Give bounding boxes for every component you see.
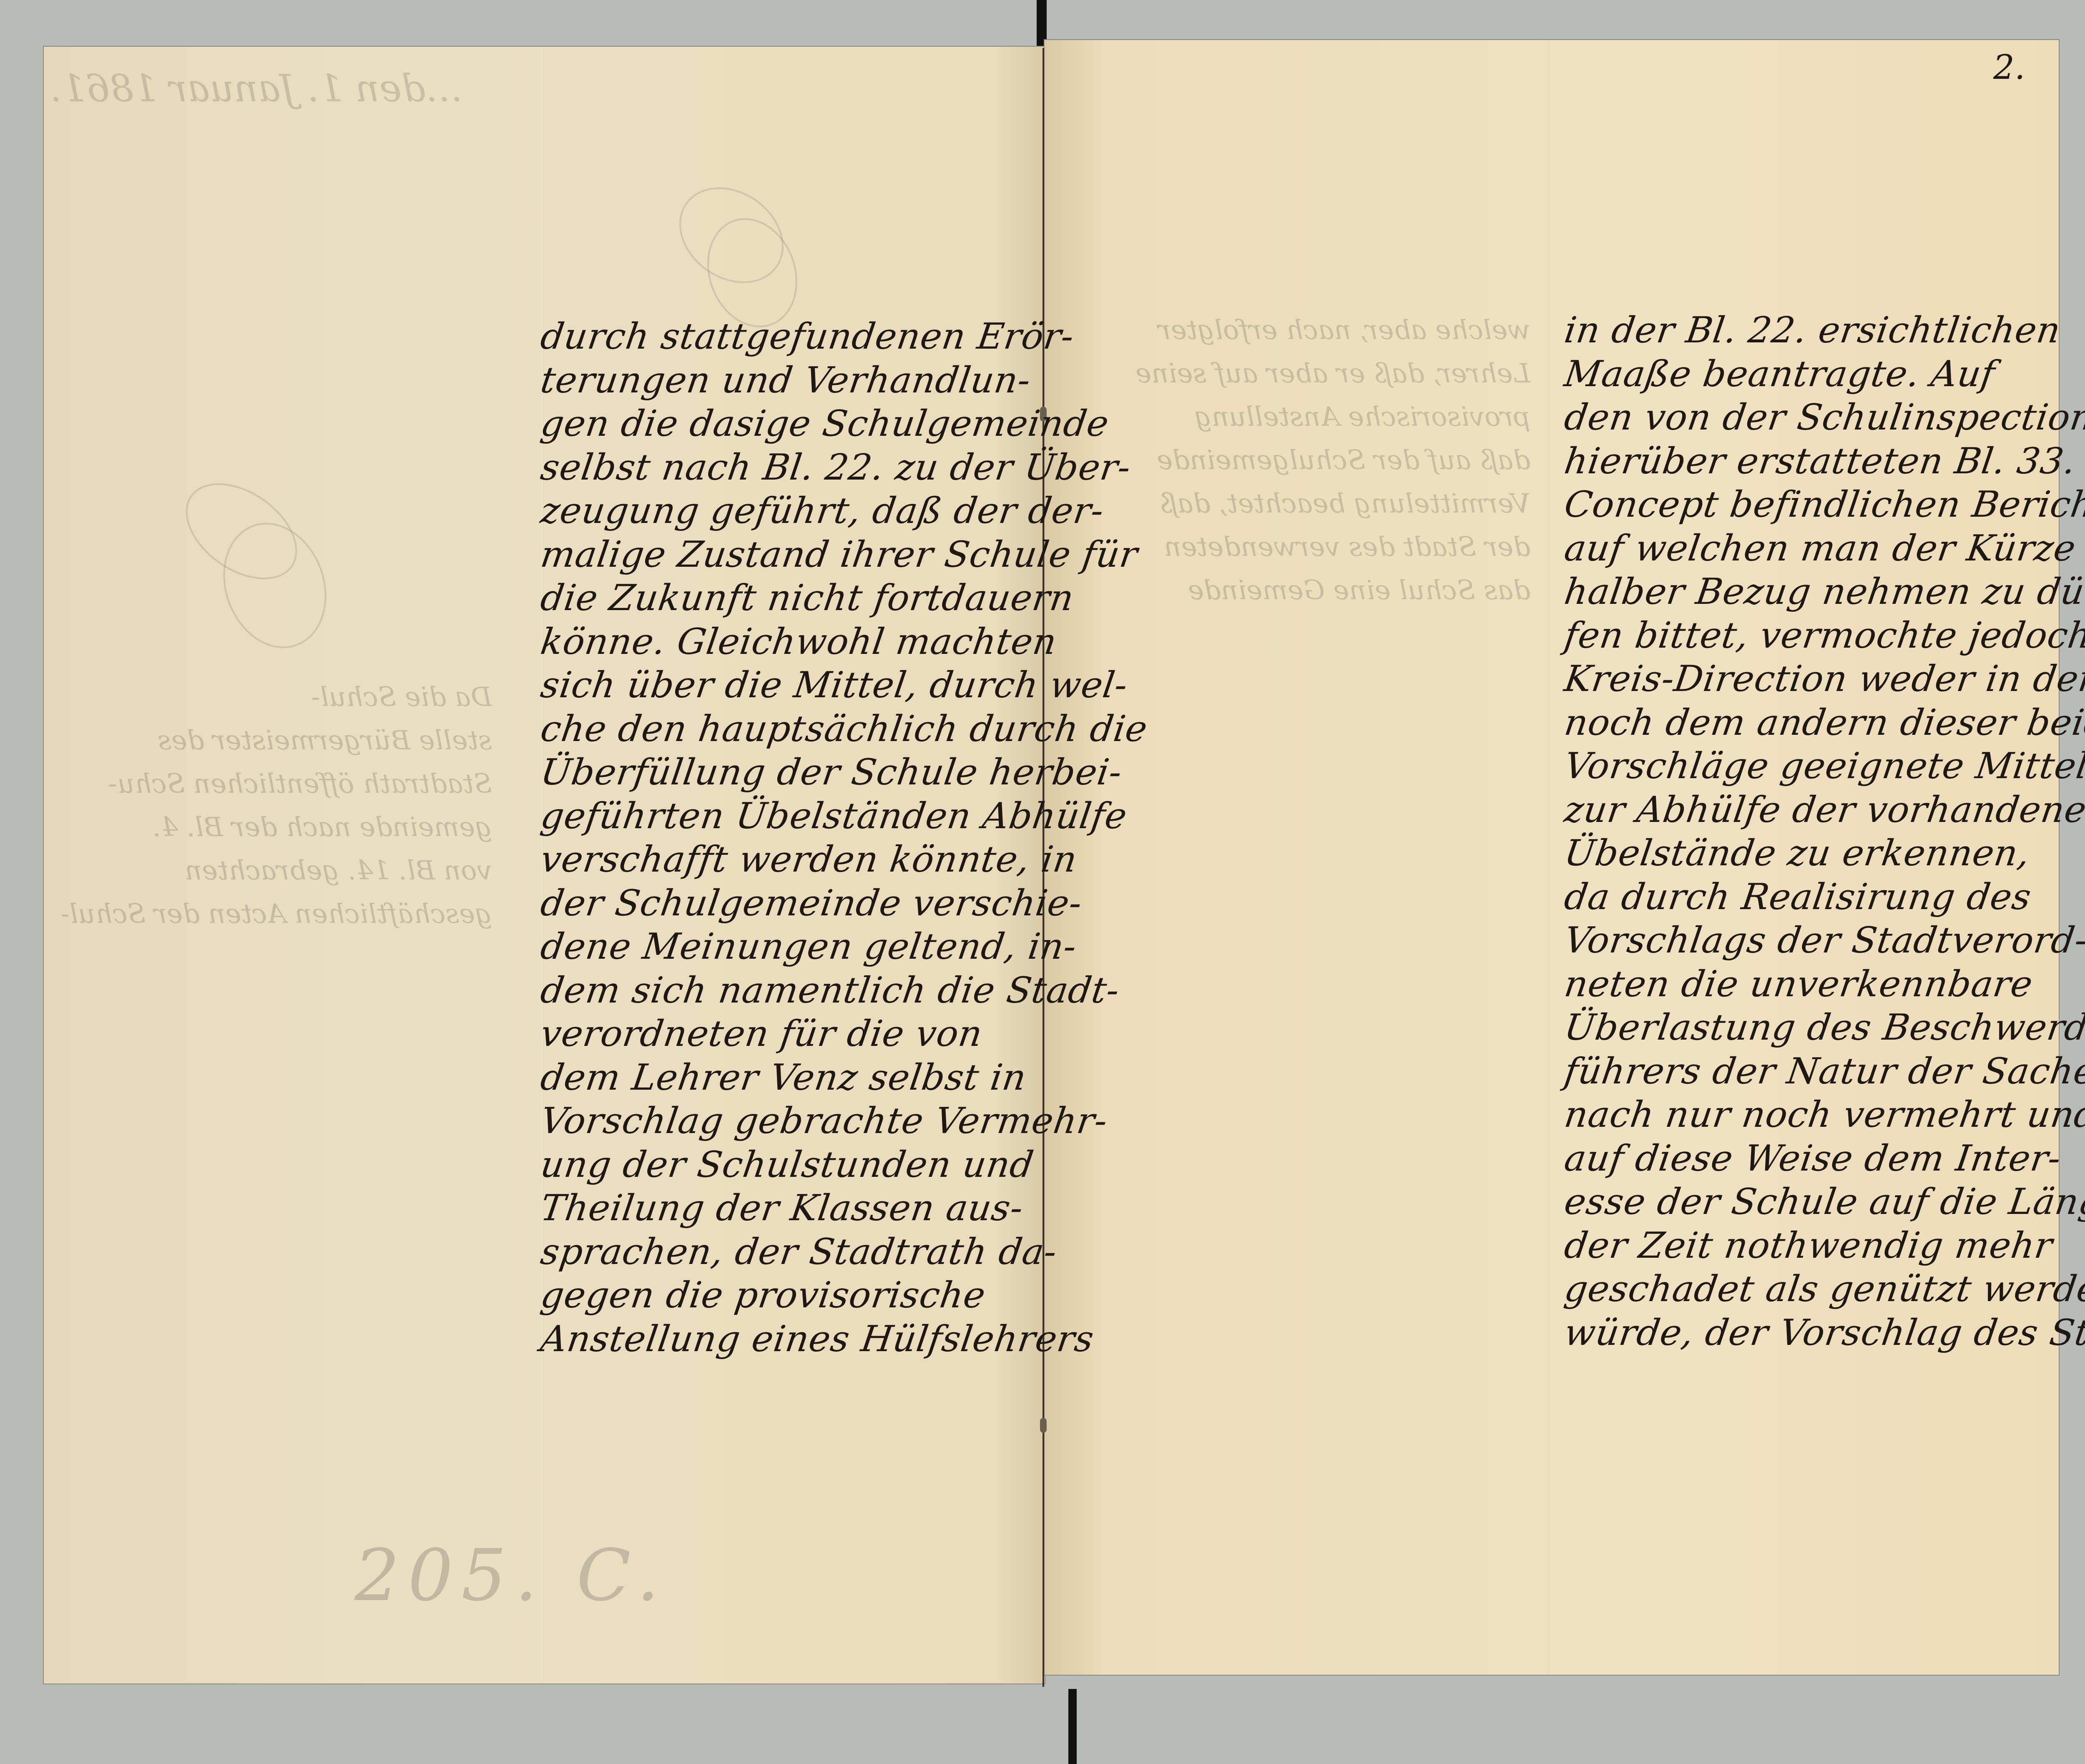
text-line: gen die dasige Schulgemeinde: [538, 402, 1151, 446]
text-line: sich über die Mittel, durch wel-: [538, 663, 1151, 707]
stitch-hole: [1040, 1418, 1047, 1433]
text-line: der Schulgemeinde verschie-: [538, 882, 1151, 925]
binding-strip-bottom: [1068, 1689, 1077, 1764]
text-line: ung der Schulstunden und: [538, 1143, 1151, 1187]
text-line: Vorschlags der Stadtverord-: [1562, 919, 2085, 962]
text-line: terungen und Verhandlun-: [538, 359, 1151, 402]
text-line: Vorschläge geeignete Mittel: [1562, 744, 2085, 788]
ghost-header-text: …den 1. Januar 1861.: [50, 67, 463, 111]
text-line: gegen die provisorische: [538, 1274, 1151, 1317]
text-line: Überfüllung der Schule herbei-: [538, 751, 1151, 794]
text-line: Übelstände zu erkennen,: [1562, 832, 2085, 875]
text-line: auf diese Weise dem Inter-: [1562, 1137, 2085, 1181]
text-line: der Zeit nothwendig mehr: [1562, 1224, 2085, 1268]
text-line: halber Bezug nehmen zu dür-: [1562, 570, 2085, 614]
text-line: selbst nach Bl. 22. zu der Über-: [538, 446, 1151, 490]
text-line: Theilung der Klassen aus-: [538, 1186, 1151, 1230]
text-line: geschadet als genützt werden: [1562, 1267, 2085, 1311]
right-page-text: in der Bl. 22. ersichtlichen Maaße beant…: [1562, 309, 2085, 1354]
text-line: führers der Natur der Sache: [1562, 1050, 2085, 1093]
text-line: Anstellung eines Hülfslehrers: [538, 1317, 1151, 1361]
text-line: in der Bl. 22. ersichtlichen: [1562, 309, 2085, 352]
text-line: nach nur noch vermehrt und: [1562, 1093, 2085, 1137]
text-line: zeugung geführt, daß der der-: [538, 489, 1151, 533]
text-line: auf welchen man der Kürze: [1562, 527, 2085, 570]
text-line: Maaße beantragte. Auf: [1562, 352, 2085, 396]
text-line: die Zukunft nicht fortdauern: [538, 576, 1151, 620]
text-line: zur Abhülfe der vorhandenen: [1562, 788, 2085, 832]
text-line: Concept befindlichen Bericht,: [1562, 483, 2085, 527]
text-line: könne. Gleichwohl machten: [538, 620, 1151, 664]
text-line: noch dem andern dieser beiden: [1562, 701, 2085, 745]
text-line: durch stattgefundenen Erör-: [538, 315, 1151, 359]
text-line: Überlastung des Beschwerde-: [1562, 1006, 2085, 1050]
text-line: verschafft werden könnte, in: [538, 838, 1151, 882]
text-line: dene Meinungen geltend, in-: [538, 925, 1151, 969]
fold-crease: [1547, 40, 1548, 1675]
text-line: che den hauptsächlich durch die: [538, 707, 1151, 751]
text-line: würde, der Vorschlag des Stadt-: [1562, 1311, 2085, 1355]
text-line: sprachen, der Stadtrath da-: [538, 1230, 1151, 1274]
text-line: den von der Schulinspection: [1562, 396, 2085, 440]
text-line: fen bittet, vermochte jedoch die: [1562, 614, 2085, 658]
text-line: esse der Schule auf die Länge: [1562, 1180, 2085, 1224]
text-line: hierüber erstatteten Bl. 33. im: [1562, 440, 2085, 483]
pencil-archive-mark: 205. C.: [354, 1535, 668, 1617]
left-page-text: durch stattgefundenen Erör- terungen und…: [538, 315, 1144, 1361]
text-line: malige Zustand ihrer Schule für: [538, 533, 1151, 577]
text-line: neten die unverkennbare: [1562, 962, 2085, 1006]
right-page-bleed-through: welche aber, nach erfolgter Lehrer, daß …: [1093, 309, 1530, 612]
text-line: dem sich namentlich die Stadt-: [538, 969, 1151, 1013]
text-line: Kreis-Direction weder in dem einen,: [1562, 657, 2085, 701]
text-line: dem Lehrer Venz selbst in: [538, 1056, 1151, 1100]
text-line: geführten Übelständen Abhülfe: [538, 794, 1151, 838]
text-line: verordneten für die von: [538, 1012, 1151, 1056]
text-line: Vorschlag gebrachte Vermehr-: [538, 1099, 1151, 1143]
text-line: da durch Realisirung des: [1562, 875, 2085, 919]
left-page-bleed-through: Da die Schul- stelle Bürgermeister des S…: [75, 676, 492, 936]
page-number: 2.: [1993, 48, 2025, 87]
